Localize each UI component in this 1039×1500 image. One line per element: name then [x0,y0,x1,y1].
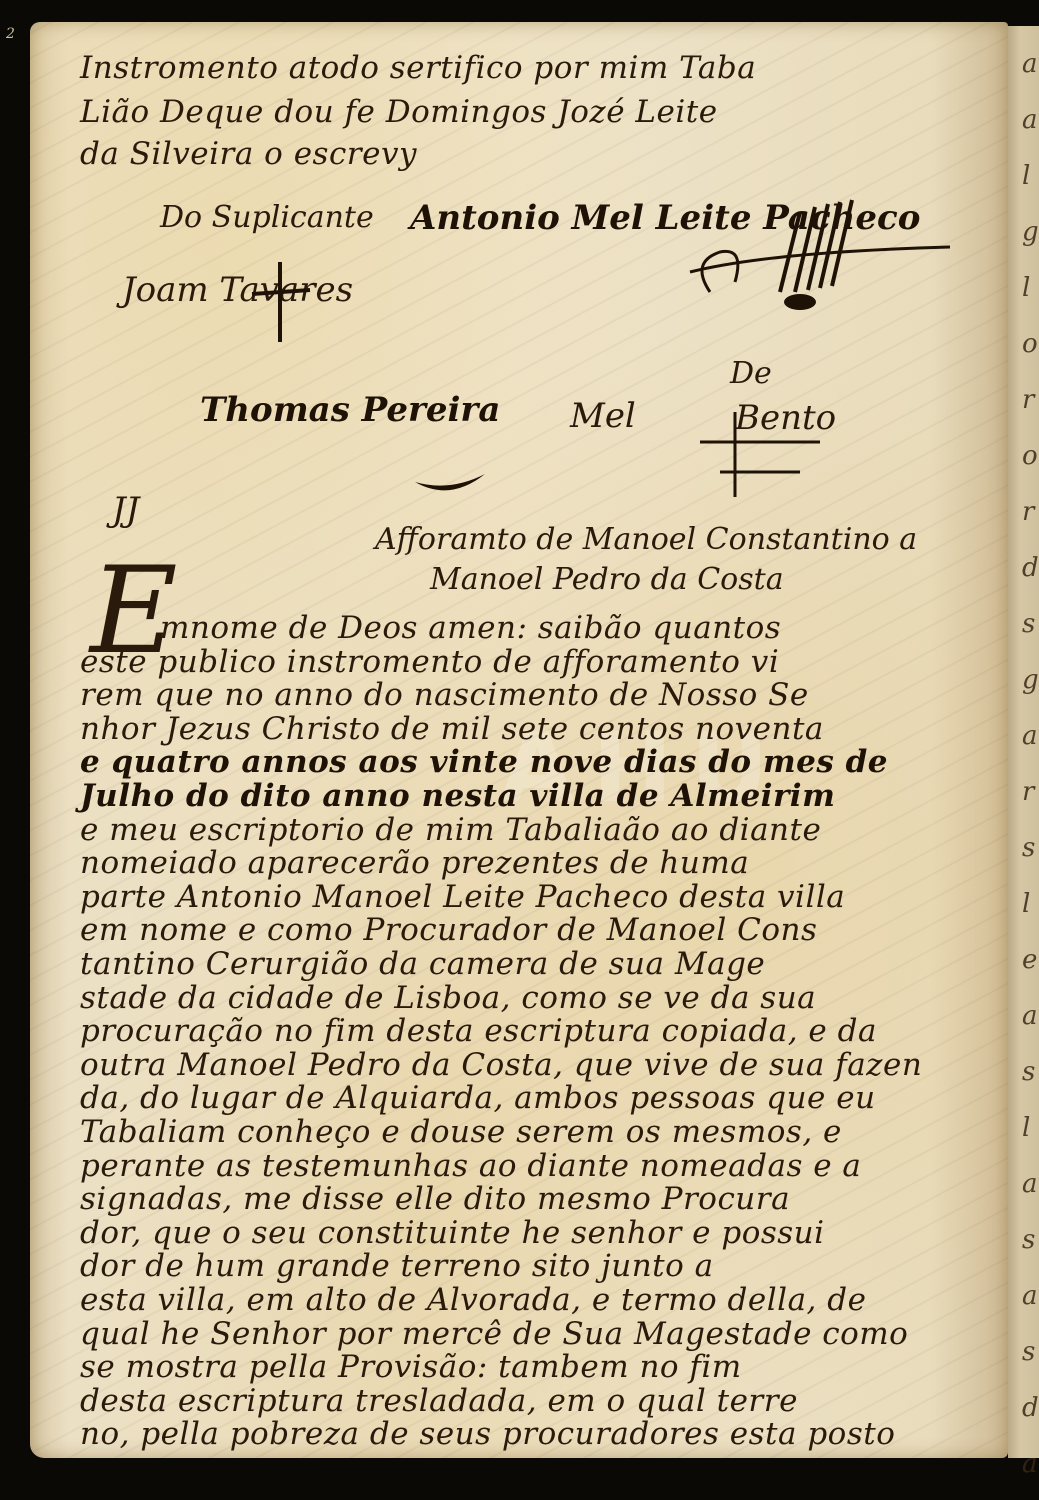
body-line: procuração no fim desta escriptura copia… [80,1013,877,1049]
signature-antonio-leite-pacheco: Antonio Mel Leite Pacheco [410,198,920,238]
rubric-flourish-icon [650,172,970,322]
signature-label-suplicante: Do Suplicante [160,200,374,235]
body-line: este publico instromento de afforamento … [80,644,779,680]
ink-blot-icon [410,462,490,502]
top-line-2: Lião Deque dou fe Domingos Jozé Leite [80,94,718,130]
top-line-3: da Silveira o escrevy [80,136,417,172]
manuscript-page: AHU 2 Instromento atodo sertifico por mi… [30,22,1008,1458]
body-line: Tabaliam conheço e douse serem os mesmos… [80,1114,842,1150]
body-line: e quatro annos aos vinte nove dias do me… [80,744,888,780]
body-line: da, do lugar de Alquiarda, ambos pessoas… [80,1080,876,1116]
body-line: Julho do dito anno nesta villa de Almeir… [80,778,835,814]
body-line: signadas, me disse elle dito mesmo Procu… [80,1181,790,1217]
body-line: desta escriptura tresladada, em o qual t… [80,1383,798,1419]
top-line-1: Instromento atodo sertifico por mim Taba [80,50,756,86]
body-line: dor, que o seu constituinte he senhor e … [80,1215,825,1251]
body-line: parte Antonio Manoel Leite Pacheco desta… [80,879,845,915]
body-line: rem que no anno do nascimento de Nosso S… [80,677,809,713]
body-line: esta villa, em alto de Alvorada, e termo… [80,1282,866,1318]
body-line: se mostra pella Provisão: tambem no fim [80,1349,742,1385]
body-line: tantino Cerurgião da camera de sua Mage [80,946,765,982]
body-line: em nome e como Procurador de Manoel Cons [80,912,817,948]
body-line: qual he Senhor por mercê de Sua Magestad… [80,1316,908,1352]
body-line: perante as testemunhas ao diante nomeada… [80,1148,861,1184]
section-title-line-1: Afforamto de Manoel Constantino a [375,522,917,557]
body-line: dor de hum grande terreno sito junto a [80,1248,714,1284]
facing-page-text-fragments: a a l g l o r o r d s g a r s l e a s l … [1022,36,1039,1492]
signature-de: De [730,356,772,391]
body-line: mnome de Deos amen: saibão quantos [160,610,781,646]
signature-joam-tavares: Joam Tavares [122,270,353,310]
section-title-line-2: Manoel Pedro da Costa [430,562,784,597]
signature-abbrev-mel: Mel [570,396,636,436]
signature-thomas-pereira: Thomas Pereira [200,390,500,430]
body-line: no, pella pobreza de seus procuradores e… [80,1416,895,1452]
body-line: e meu escriptorio de mim Tabaliaão ao di… [80,812,821,848]
corner-mark: 2 [6,26,15,42]
signature-bento: Bento [735,398,836,438]
body-line: nhor Jezus Christo de mil sete centos no… [80,711,824,747]
margin-mark: JJ [112,490,139,530]
body-line: outra Manoel Pedro da Costa, que vive de… [80,1047,922,1083]
facing-page-edge: a a l g l o r o r d s g a r s l e a s l … [1008,26,1039,1458]
body-line: nomeiado aparecerão prezentes de huma [80,845,749,881]
body-line: stade da cidade de Lisboa, como se ve da… [80,980,816,1016]
